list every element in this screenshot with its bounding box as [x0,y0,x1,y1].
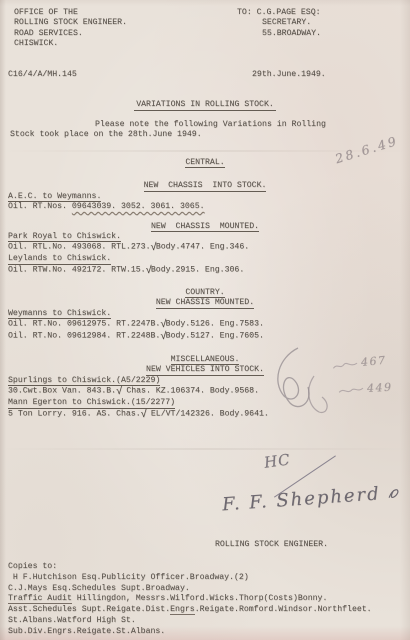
destination-aec-weymanns: A.E.C. to Weymanns. [8,192,101,202]
signatory-role: ROLLING STOCK ENGINEER. [215,540,328,550]
intro-line: Please note the following Variations in … [10,120,326,130]
subheading-row: NEW CHASSIS INTO STOCK. [8,181,402,191]
copies-recipient: St.Albans.Watford High St. [8,616,372,627]
subheading-new-chassis-into-stock: NEW CHASSIS INTO STOCK. [144,181,267,191]
copies-underlined-text: Traffic Audit [8,594,72,604]
detail-text: Body.5126. Eng.7583. [166,319,264,328]
destination-spurlings: Spurlings to Chiswick.(A5/2229) [8,376,160,386]
detail-text: Oil. RTW.No. 492172. RTW.15. [8,265,146,274]
intro-paragraph: Please note the following Variations in … [10,120,326,141]
sender-line: CHISWICK. [14,39,127,49]
pencil-annotation-text: 449 [367,381,393,395]
destination-weymanns-chiswick: Weymanns to Chiswick. [8,309,111,319]
sender-line: ROLLING STOCK ENGINEER. [14,18,127,28]
variations-body: CENTRAL. NEW CHASSIS INTO STOCK. A.E.C. … [8,158,402,421]
detail-text: 30.Cwt.Box Van. 843.B. [8,387,116,396]
detail-text: EL/VT/142326. Body.9641. [146,409,269,418]
stock-detail-row: 5 Ton Lorry. 916. AS. Chas.√ EL/VT/14232… [8,409,402,421]
stock-detail-row: Oil. RTW.No. 492172. RTW.15.√Body.2915. … [8,265,402,277]
document-date: 29th.June.1949. [252,70,326,80]
detail-text: Oil. RTL.No. 493068. RTL.273. [8,243,151,252]
signature-flourish-icon [384,484,405,503]
copies-text: Hillingdon, Messrs.Wilford.Wicks.Thorp(C… [72,594,328,603]
document-title-row: VARIATIONS IN ROLLING STOCK. [0,100,410,111]
destination-row: Park Royal to Chiswick. [8,232,402,242]
sender-line: OFFICE OF THE [14,8,127,18]
stock-detail-row: Oil. RT.No. 09612975. RT.2247B.√Body.512… [8,319,402,331]
detail-text: Body.4747. Eng.346. [156,243,249,252]
sender-address: OFFICE OF THE ROLLING STOCK ENGINEER. RO… [14,8,127,49]
document-title: VARIATIONS IN ROLLING STOCK. [134,100,276,111]
detail-text: Oil. RT.No. 09612975. RT.2247B. [8,319,160,328]
copies-recipient: Asst.Schedules Supt.Reigate.Dist.Engrs.R… [8,605,372,616]
recipient-line: SECRETARY. [237,18,321,28]
detail-text: 5 Ton Lorry. 916. AS. Chas. [8,409,141,418]
copies-underlined-text: Engrs [170,605,195,615]
section-heading-central: CENTRAL. [185,158,224,168]
pencil-scribble [264,342,336,421]
destination-row: Mann Egerton to Chiswick.(15/2277) [8,398,402,408]
detail-text: Body.2915. Eng.306. [151,265,244,274]
pencil-annotation-text: 467 [360,354,387,369]
pencil-squiggle-icon [338,385,364,396]
copies-label: Copies to: [8,562,372,573]
copies-text: .Reigate.Romford.Windsor.Northfleet. [195,605,372,614]
copies-recipient: C.J.Mays Esq.Schedules Supt.Broadway. [8,584,372,595]
subheading-row: NEW CHASSIS MOUNTED. [8,222,402,232]
section-heading-country: COUNTRY. [185,288,224,298]
destination-row: Weymanns to Chiswick. [8,309,402,319]
destination-row: A.E.C. to Weymanns. [8,192,402,202]
subheading-new-chassis-mounted: NEW CHASSIS MOUNTED. [151,222,259,232]
rt-numbers: 09643039. 3052. 3061. 3065. [72,202,205,211]
sender-line: ROAD SERVICES. [14,29,127,39]
copies-recipient: Traffic Audit Hillingdon, Messrs.Wilford… [8,594,372,605]
section-heading-row: COUNTRY. [8,288,402,298]
handwritten-initials: HC [263,450,292,472]
destination-row: Leylands to Chiswick. [8,254,402,264]
stock-detail-row: Oil. RT.Nos. 09643039. 3052. 3061. 3065. [8,202,402,212]
detail-text: Chas. KZ.106374. Body.9568. [121,387,259,396]
copies-recipient: H F.Hutchison Esq.Publicity Officer.Broa… [8,573,372,584]
copies-list: Copies to: H F.Hutchison Esq.Publicity O… [8,562,372,638]
subheading-new-vehicles-into-stock: NEW VEHICLES INTO STOCK. [146,365,264,375]
intro-line: Stock took place on the 28th.June 1949. [10,130,326,140]
subheading-new-chassis-mounted-country: NEW CHASSIS MOUNTED. [156,298,254,308]
section-heading-miscellaneous: MISCELLANEOUS. [171,355,240,365]
detail-text: Oil. RT.No. 09612984. RT.2248B. [8,331,160,340]
subheading-row: NEW CHASSIS MOUNTED. [8,298,402,308]
detail-text: Oil. RT.Nos. [8,202,72,211]
recipient-address: TO: C.G.PAGE ESQ: SECRETARY. 55.BROADWAY… [237,8,321,39]
destination-mann-egerton: Mann Egerton to Chiswick.(15/2277) [8,398,175,408]
copies-text: Asst.Schedules Supt.Reigate.Dist. [8,605,170,614]
stock-detail-row: Oil. RTL.No. 493068. RTL.273.√Body.4747.… [8,242,402,254]
detail-text: Body.5127. Eng.7605. [166,331,264,340]
destination-park-royal: Park Royal to Chiswick. [8,232,121,242]
stock-detail-row: Oil. RT.No. 09612984. RT.2248B.√Body.512… [8,331,402,343]
reference-number: C16/4/A/MH.145 [8,70,77,80]
recipient-line: 55.BROADWAY. [237,29,321,39]
scanned-memo-page: OFFICE OF THE ROLLING STOCK ENGINEER. RO… [0,0,410,640]
destination-leylands: Leylands to Chiswick. [8,254,111,264]
copies-recipient: Sub.Div.Engrs.Reigate.St.Albans. [8,627,372,638]
recipient-line: TO: C.G.PAGE ESQ: [237,8,321,18]
